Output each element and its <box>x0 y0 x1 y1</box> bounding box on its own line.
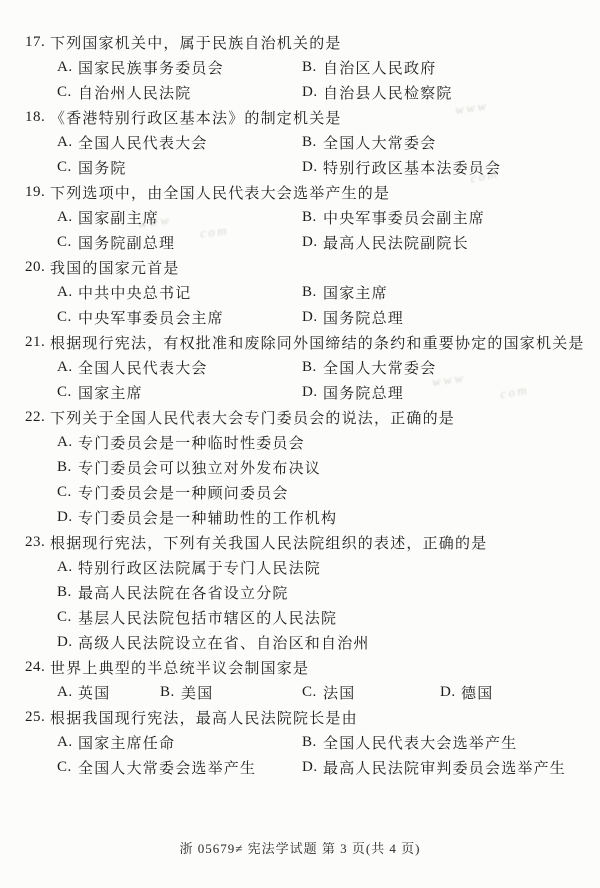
option-label: B. <box>57 459 78 476</box>
option-text: 专门委员会是一种顾问委员会 <box>78 482 289 503</box>
option-label: D. <box>302 234 323 251</box>
option-d: D. 最高人民法院审判委员会选举产生 <box>302 757 566 778</box>
option-text: 高级人民法院设立在省、自治区和自治州 <box>78 632 370 653</box>
option-c: C. 基层人民法院包括市辖区的人民法院 <box>57 607 337 628</box>
question-19: 19. 下列选项中，由全国人民代表大会选举产生的是 A. 国家副主席 B. 中央… <box>25 180 587 255</box>
option-b: B. 国家主席 <box>302 282 388 303</box>
option-d: D. 国务院总理 <box>302 307 404 328</box>
option-text: 自治州人民法院 <box>78 82 191 103</box>
option-text: 国务院副总理 <box>78 232 175 253</box>
option-label: D. <box>57 509 78 526</box>
question-21: 21. 根据现行宪法，有权批准和废除同外国缔结的条约和重要协定的国家机关是 A.… <box>25 330 587 405</box>
option-a: A. 国家民族事务委员会 <box>57 57 302 78</box>
option-row: A. 国家民族事务委员会 B. 自治区人民政府 <box>25 55 587 80</box>
option-row: C. 全国人大常委会选举产生 D. 最高人民法院审判委员会选举产生 <box>25 755 587 780</box>
option-a: A. 国家主席任命 <box>57 732 302 753</box>
question-text: 下列选项中，由全国人民代表大会选举产生的是 <box>50 182 390 203</box>
option-b: B. 美国 <box>160 682 302 703</box>
option-c: C. 国务院 <box>57 157 302 178</box>
option-row: C. 国家主席 D. 国务院总理 <box>25 380 587 405</box>
option-label: D. <box>302 159 323 176</box>
option-text: 国家民族事务委员会 <box>78 57 224 78</box>
option-label: A. <box>57 284 78 301</box>
option-b: B. 全国人民代表大会选举产生 <box>302 732 517 753</box>
option-label: D. <box>302 384 323 401</box>
option-d: D. 自治县人民检察院 <box>302 82 453 103</box>
option-label: B. <box>302 734 323 751</box>
question-line: 21. 根据现行宪法，有权批准和废除同外国缔结的条约和重要协定的国家机关是 <box>25 330 587 355</box>
option-label: D. <box>302 309 323 326</box>
question-number: 22. <box>25 409 50 426</box>
option-text: 德国 <box>461 682 493 703</box>
option-label: A. <box>57 359 78 376</box>
option-row: B. 专门委员会可以独立对外发布决议 <box>25 455 587 480</box>
option-text: 国务院 <box>78 157 127 178</box>
question-number: 23. <box>25 534 50 551</box>
question-line: 18. 《香港特别行政区基本法》的制定机关是 <box>25 105 587 130</box>
option-label: C. <box>57 234 78 251</box>
question-number: 25. <box>25 709 50 726</box>
option-text: 专门委员会可以独立对外发布决议 <box>78 457 321 478</box>
option-text: 专门委员会是一种辅助性的工作机构 <box>78 507 337 528</box>
option-label: A. <box>57 734 78 751</box>
option-b: B. 专门委员会可以独立对外发布决议 <box>57 457 321 478</box>
question-17: 17. 下列国家机关中，属于民族自治机关的是 A. 国家民族事务委员会 B. 自… <box>25 30 587 105</box>
option-label: B. <box>160 684 181 701</box>
option-c: C. 法国 <box>302 682 440 703</box>
question-number: 17. <box>25 34 50 51</box>
option-label: A. <box>57 209 78 226</box>
option-row: A. 专门委员会是一种临时性委员会 <box>25 430 587 455</box>
option-text: 全国人民代表大会 <box>78 357 208 378</box>
option-d: D. 特别行政区基本法委员会 <box>302 157 501 178</box>
option-label: C. <box>57 609 78 626</box>
question-line: 20. 我国的国家元首是 <box>25 255 587 280</box>
question-line: 25. 根据我国现行宪法，最高人民法院院长是由 <box>25 705 587 730</box>
option-b: B. 最高人民法院在各省设立分院 <box>57 582 289 603</box>
question-line: 23. 根据现行宪法，下列有关我国人民法院组织的表述，正确的是 <box>25 530 587 555</box>
option-label: D. <box>440 684 461 701</box>
option-text: 国家主席 <box>323 282 388 303</box>
option-c: C. 自治州人民法院 <box>57 82 302 103</box>
option-c: C. 全国人大常委会选举产生 <box>57 757 302 778</box>
option-d: D. 高级人民法院设立在省、自治区和自治州 <box>57 632 370 653</box>
option-d: D. 国务院总理 <box>302 382 404 403</box>
question-line: 17. 下列国家机关中，属于民族自治机关的是 <box>25 30 587 55</box>
option-label: C. <box>57 159 78 176</box>
option-text: 全国人大常委会 <box>323 132 436 153</box>
question-22: 22. 下列关于全国人民代表大会专门委员会的说法，正确的是 A. 专门委员会是一… <box>25 405 587 530</box>
option-row: A. 全国人民代表大会 B. 全国人大常委会 <box>25 355 587 380</box>
option-a: A. 特别行政区法院属于专门人民法院 <box>57 557 321 578</box>
option-b: B. 自治区人民政府 <box>302 57 436 78</box>
option-row: B. 最高人民法院在各省设立分院 <box>25 580 587 605</box>
option-row: C. 中央军事委员会主席 D. 国务院总理 <box>25 305 587 330</box>
question-number: 24. <box>25 659 50 676</box>
option-text: 特别行政区基本法委员会 <box>323 157 501 178</box>
option-label: C. <box>57 84 78 101</box>
option-label: D. <box>302 84 323 101</box>
option-b: B. 全国人大常委会 <box>302 357 436 378</box>
option-row: C. 自治州人民法院 D. 自治县人民检察院 <box>25 80 587 105</box>
option-label: B. <box>302 59 323 76</box>
option-row: C. 专门委员会是一种顾问委员会 <box>25 480 587 505</box>
option-d: D. 德国 <box>440 682 493 703</box>
option-text: 自治县人民检察院 <box>323 82 453 103</box>
option-text: 特别行政区法院属于专门人民法院 <box>78 557 321 578</box>
question-20: 20. 我国的国家元首是 A. 中共中央总书记 B. 国家主席 C. 中央军事委… <box>25 255 587 330</box>
option-label: A. <box>57 684 78 701</box>
option-text: 国务院总理 <box>323 382 404 403</box>
option-label: B. <box>302 209 323 226</box>
option-d: D. 最高人民法院副院长 <box>302 232 469 253</box>
option-a: A. 英国 <box>57 682 160 703</box>
option-text: 基层人民法院包括市辖区的人民法院 <box>78 607 337 628</box>
option-a: A. 全国人民代表大会 <box>57 357 302 378</box>
option-text: 全国人大常委会 <box>323 357 436 378</box>
option-a: A. 国家副主席 <box>57 207 302 228</box>
option-label: D. <box>302 759 323 776</box>
option-text: 专门委员会是一种临时性委员会 <box>78 432 305 453</box>
option-label: C. <box>57 484 78 501</box>
option-c: C. 国家主席 <box>57 382 302 403</box>
option-text: 自治区人民政府 <box>323 57 436 78</box>
option-label: B. <box>57 584 78 601</box>
option-row: D. 专门委员会是一种辅助性的工作机构 <box>25 505 587 530</box>
option-text: 国务院总理 <box>323 307 404 328</box>
question-number: 18. <box>25 109 50 126</box>
question-list: 17. 下列国家机关中，属于民族自治机关的是 A. 国家民族事务委员会 B. 自… <box>25 30 587 780</box>
question-line: 24. 世界上典型的半总统半议会制国家是 <box>25 655 587 680</box>
option-text: 法国 <box>323 682 355 703</box>
option-row: C. 国务院 D. 特别行政区基本法委员会 <box>25 155 587 180</box>
option-a: A. 专门委员会是一种临时性委员会 <box>57 432 305 453</box>
option-label: C. <box>57 309 78 326</box>
option-label: B. <box>302 284 323 301</box>
option-text: 最高人民法院在各省设立分院 <box>78 582 289 603</box>
option-label: A. <box>57 134 78 151</box>
option-label: C. <box>57 759 78 776</box>
question-24: 24. 世界上典型的半总统半议会制国家是 A. 英国 B. 美国 C. 法国 D… <box>25 655 587 705</box>
option-text: 全国人民代表大会 <box>78 132 208 153</box>
option-text: 最高人民法院副院长 <box>323 232 469 253</box>
option-c: C. 中央军事委员会主席 <box>57 307 302 328</box>
question-text: 下列关于全国人民代表大会专门委员会的说法，正确的是 <box>50 407 455 428</box>
option-label: C. <box>57 384 78 401</box>
option-label: C. <box>302 684 323 701</box>
option-row: A. 中共中央总书记 B. 国家主席 <box>25 280 587 305</box>
option-text: 美国 <box>181 682 213 703</box>
option-text: 国家副主席 <box>78 207 159 228</box>
option-row: C. 国务院副总理 D. 最高人民法院副院长 <box>25 230 587 255</box>
question-text: 根据我国现行宪法，最高人民法院院长是由 <box>50 707 358 728</box>
option-c: C. 国务院副总理 <box>57 232 302 253</box>
option-b: B. 中央军事委员会副主席 <box>302 207 485 228</box>
question-text: 下列国家机关中，属于民族自治机关的是 <box>50 32 342 53</box>
option-text: 最高人民法院审判委员会选举产生 <box>323 757 566 778</box>
option-b: B. 全国人大常委会 <box>302 132 436 153</box>
option-row: A. 国家主席任命 B. 全国人民代表大会选举产生 <box>25 730 587 755</box>
option-row: A. 特别行政区法院属于专门人民法院 <box>25 555 587 580</box>
question-text: 我国的国家元首是 <box>50 257 180 278</box>
option-a: A. 中共中央总书记 <box>57 282 302 303</box>
option-text: 全国人民代表大会选举产生 <box>323 732 517 753</box>
question-text: 《香港特别行政区基本法》的制定机关是 <box>50 107 342 128</box>
option-text: 英国 <box>78 682 110 703</box>
option-row: C. 基层人民法院包括市辖区的人民法院 <box>25 605 587 630</box>
option-d: D. 专门委员会是一种辅助性的工作机构 <box>57 507 337 528</box>
option-c: C. 专门委员会是一种顾问委员会 <box>57 482 289 503</box>
exam-page: www com www com www com 17. 下列国家机关中，属于民族… <box>0 0 600 888</box>
question-line: 22. 下列关于全国人民代表大会专门委员会的说法，正确的是 <box>25 405 587 430</box>
option-text: 国家主席 <box>78 382 143 403</box>
option-row: A. 国家副主席 B. 中央军事委员会副主席 <box>25 205 587 230</box>
option-row: A. 全国人民代表大会 B. 全国人大常委会 <box>25 130 587 155</box>
option-text: 国家主席任命 <box>78 732 175 753</box>
option-text: 中共中央总书记 <box>78 282 191 303</box>
page-footer: 浙 05679≠ 宪法学试题 第 3 页(共 4 页) <box>0 838 600 857</box>
question-text: 根据现行宪法，下列有关我国人民法院组织的表述，正确的是 <box>50 532 487 553</box>
option-label: A. <box>57 434 78 451</box>
question-23: 23. 根据现行宪法，下列有关我国人民法院组织的表述，正确的是 A. 特别行政区… <box>25 530 587 655</box>
question-line: 19. 下列选项中，由全国人民代表大会选举产生的是 <box>25 180 587 205</box>
option-row: D. 高级人民法院设立在省、自治区和自治州 <box>25 630 587 655</box>
question-text: 根据现行宪法，有权批准和废除同外国缔结的条约和重要协定的国家机关是 <box>50 332 585 353</box>
option-label: B. <box>302 359 323 376</box>
option-a: A. 全国人民代表大会 <box>57 132 302 153</box>
option-label: B. <box>302 134 323 151</box>
question-25: 25. 根据我国现行宪法，最高人民法院院长是由 A. 国家主席任命 B. 全国人… <box>25 705 587 780</box>
question-number: 20. <box>25 259 50 276</box>
question-18: 18. 《香港特别行政区基本法》的制定机关是 A. 全国人民代表大会 B. 全国… <box>25 105 587 180</box>
option-text: 全国人大常委会选举产生 <box>78 757 256 778</box>
option-label: A. <box>57 559 78 576</box>
question-number: 21. <box>25 334 50 351</box>
option-text: 中央军事委员会主席 <box>78 307 224 328</box>
option-text: 中央军事委员会副主席 <box>323 207 485 228</box>
question-number: 19. <box>25 184 50 201</box>
option-row: A. 英国 B. 美国 C. 法国 D. 德国 <box>25 680 587 705</box>
option-label: D. <box>57 634 78 651</box>
question-text: 世界上典型的半总统半议会制国家是 <box>50 657 309 678</box>
option-label: A. <box>57 59 78 76</box>
